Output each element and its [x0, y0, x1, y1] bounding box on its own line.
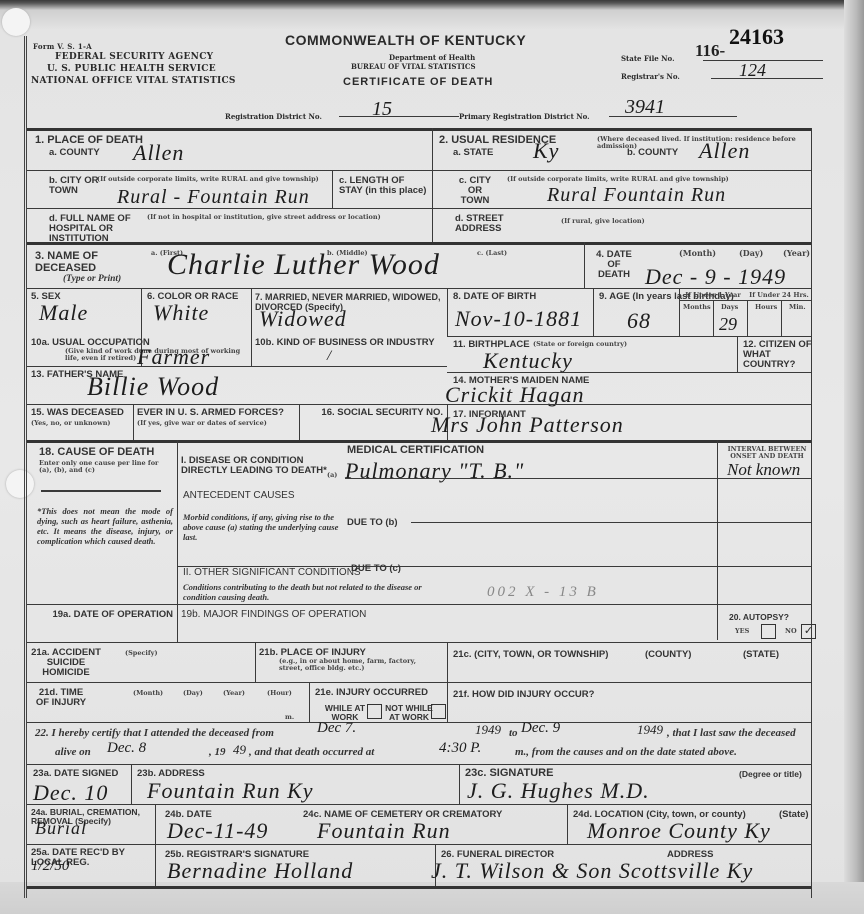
not-while-at-work-checkbox[interactable] [431, 704, 446, 719]
place-of-death-label: 1. PLACE OF DEATH [35, 134, 143, 146]
residence-city-note: (If outside corporate limits, write RURA… [507, 176, 807, 183]
injury-time-year: (Year) [223, 690, 245, 697]
interval-label: INTERVAL BETWEEN ONSET AND DEATH [725, 446, 809, 460]
certify-text-1: 22. I hereby certify that I attended the… [35, 728, 274, 738]
cause-of-death-note: Enter only one cause per line for (a), (… [39, 460, 171, 474]
citizen-label: 12. CITIZEN OF WHAT COUNTRY? [743, 340, 813, 370]
registration-district: 15 [372, 98, 392, 121]
registrar-signature: Bernadine Holland [167, 858, 353, 884]
certify-text-4: m., from the causes and on the date stat… [515, 747, 737, 757]
agency-line-2: U. S. PUBLIC HEALTH SERVICE [47, 64, 216, 74]
dob-label: 8. DATE OF BIRTH [453, 292, 536, 302]
interval: Not known [727, 460, 800, 480]
injury-how-label: 21f. HOW DID INJURY OCCUR? [453, 690, 594, 700]
alive-year-prefix: , 19 [209, 747, 226, 757]
primary-district-label: Primary Registration District No. [459, 112, 590, 121]
injury-state-label: (STATE) [743, 650, 779, 660]
birthplace: Kentucky [483, 348, 573, 374]
death-city-note: (If outside corporate limits, write RURA… [97, 176, 347, 183]
death-time: 4:30 P. [439, 740, 481, 757]
injury-city-label: 21c. (CITY, TOWN, OR TOWNSHIP) [453, 650, 608, 660]
other-conditions-note: Conditions contributing to the death but… [183, 582, 447, 602]
deceased-name-note: (Type or Print) [63, 274, 121, 284]
deceased-name: Charlie Luther Wood [167, 248, 440, 282]
physician-address: Fountain Run Ky [147, 778, 314, 804]
certify-text-2: , that I last saw the deceased [667, 728, 796, 738]
residence-county: Allen [699, 138, 750, 164]
burial-location: Monroe County Ky [587, 818, 771, 844]
attended-to: Dec. 9 [521, 720, 560, 737]
autopsy-no-label: NO [785, 628, 797, 635]
age-hours-label: Hours [755, 304, 777, 311]
ssn-label: 16. SOCIAL SECURITY NO. [303, 408, 443, 418]
autopsy-label: 20. AUTOPSY? [729, 612, 789, 622]
certify-text-3: , and that death occurred at [249, 747, 374, 757]
date-of-death-label: 4. DATE OF DEATH [591, 250, 637, 280]
business-label: 10b. KIND OF BUSINESS OR INDUSTRY [255, 338, 441, 348]
birthplace-note: (State or foreign country) [533, 341, 627, 348]
race: White [153, 300, 209, 326]
date-col-day: (Day) [739, 250, 763, 257]
deceased-name-label: 3. NAME OF DECEASED [35, 250, 145, 274]
cemetery: Fountain Run [317, 818, 451, 844]
date-col-year: (Year) [783, 250, 810, 257]
operation-findings-label: 19b. MAJOR FINDINGS OF OPERATION [181, 610, 366, 620]
last-name-label: c. (Last) [477, 250, 507, 257]
age-min-label: Min. [789, 304, 806, 311]
sex: Male [39, 300, 88, 326]
degree-label: (Degree or title) [739, 769, 802, 779]
death-county: Allen [133, 140, 184, 166]
residence-state-label: a. STATE [453, 148, 493, 158]
date-signed: Dec. 10 [33, 780, 108, 806]
injury-time-m: m. [285, 714, 294, 721]
other-conditions-label: II. OTHER SIGNIFICANT CONDITIONS [183, 568, 361, 578]
informant: Mrs John Patterson [431, 412, 624, 438]
age: 68 [627, 308, 651, 334]
autopsy-yes-label: YES [735, 628, 749, 635]
injury-county-label: (COUNTY) [645, 650, 691, 660]
length-of-stay-label: c. LENGTH OF STAY (in this place) [339, 176, 429, 196]
state-file-label: State File No. [621, 54, 675, 63]
date-of-death: Dec - 9 - 1949 [645, 264, 786, 290]
certificate-title: CERTIFICATE OF DEATH [343, 76, 493, 88]
marital: Widowed [259, 306, 347, 332]
armed-forces-note: (Yes, no, or unknown) [31, 420, 111, 427]
form-number: Form V. S. 1-A [33, 42, 92, 51]
bureau: BUREAU OF VITAL STATISTICS [351, 62, 476, 71]
injury-time-label: 21d. TIME OF INJURY [33, 688, 89, 708]
physician-signature: J. G. Hughes M.D. [467, 778, 650, 804]
death-certificate: Form V. S. 1-A FEDERAL SECURITY AGENCY U… [24, 36, 835, 898]
under-1-year-label: If Under 1 Year [683, 292, 743, 299]
hospital-note: (If not in hospital or institution, give… [147, 214, 427, 221]
armed-forces-label: 15. WAS DECEASED [31, 408, 124, 418]
agency-line-1: FEDERAL SECURITY AGENCY [55, 52, 213, 62]
page-title: COMMONWEALTH OF KENTUCKY [285, 32, 526, 48]
death-county-label: a. COUNTY [49, 148, 100, 158]
department: Department of Health [389, 53, 475, 62]
operation-date-label: 19a. DATE OF OPERATION [39, 610, 173, 620]
age-months-label: Months [683, 304, 711, 311]
date-col-month: (Month) [679, 250, 716, 257]
antecedent-note: Morbid conditions, if any, giving rise t… [183, 512, 343, 542]
hospital-label: d. FULL NAME OF HOSPITAL OR INSTITUTION [49, 214, 149, 244]
residence-city: Rural Fountain Run [547, 184, 726, 207]
injury-time-month: (Month) [133, 690, 163, 697]
date-signed-label: 23a. DATE SIGNED [33, 769, 118, 779]
rec-date: 1/2/50 [31, 858, 69, 875]
residence-city-label: c. CITY OR TOWN [455, 176, 495, 206]
burial-date: Dec-11-49 [167, 818, 268, 844]
year-from: 1949 [475, 722, 501, 738]
funeral-director: J. T. Wilson & Son Scottsville Ky [431, 858, 753, 884]
alive-on-label: alive on [55, 747, 91, 757]
autopsy-no-checkbox[interactable]: ✓ [801, 624, 816, 639]
to-word: to [509, 728, 518, 738]
alive-on: Dec. 8 [107, 740, 146, 757]
cause-of-death-label: 18. CAUSE OF DEATH [39, 446, 154, 458]
age-days: 29 [719, 314, 737, 335]
cause-footnote: *This does not mean the mode of dying, s… [37, 506, 173, 546]
registration-district-label: Registration District No. [225, 112, 322, 121]
cause-a: Pulmonary "T. B." [345, 458, 524, 484]
line-a-label: (a) [327, 472, 337, 479]
dob: Nov-10-1881 [455, 306, 582, 332]
death-city: Rural - Fountain Run [117, 186, 310, 209]
street-note: (If rural, give location) [561, 218, 645, 225]
street-label: d. STREET ADDRESS [455, 214, 515, 234]
state-file-prefix: 116- [695, 41, 725, 61]
state-file-number: 24163 [729, 24, 784, 50]
registrar-no-label: Registrar's No. [621, 72, 680, 81]
autopsy-yes-checkbox[interactable] [761, 624, 776, 639]
injury-time-day: (Day) [183, 690, 203, 697]
while-at-work-checkbox[interactable] [367, 704, 382, 719]
disease-label: I. DISEASE OR CONDITION DIRECTLY LEADING… [181, 456, 331, 476]
antecedent-label: ANTECEDENT CAUSES [183, 491, 295, 501]
father-name: Billie Wood [87, 372, 219, 402]
location-state-label: (State) [779, 810, 809, 820]
business: / [327, 348, 331, 365]
due-to-b-label: DUE TO (b) [347, 518, 398, 528]
occupation: Farmer [137, 344, 210, 370]
scan-edge [844, 0, 864, 914]
injury-place-note: (e.g., in or about home, farm, factory, … [279, 658, 439, 672]
punch-hole [2, 8, 30, 36]
residence-county-label: b. COUNTY [627, 148, 678, 158]
attended-from: Dec 7. [317, 720, 356, 737]
medical-certification-title: MEDICAL CERTIFICATION [347, 444, 484, 456]
under-24-hrs-label: If Under 24 Hrs. [747, 292, 811, 299]
age-days-label: Days [721, 304, 738, 311]
alive-year: 49 [233, 742, 246, 758]
injury-occurred-label: 21e. INJURY OCCURRED [315, 688, 428, 698]
year-to: 1949 [637, 722, 663, 738]
accident-label: 21a. ACCIDENT SUICIDE HOMICIDE [31, 648, 101, 678]
cause-code: 002 X - 13 B [487, 584, 599, 601]
armed-forces-note-2: (If yes, give war or dates of service) [137, 420, 267, 427]
agency-line-3: NATIONAL OFFICE VITAL STATISTICS [31, 76, 236, 86]
injury-time-hour: (Hour) [267, 690, 292, 697]
residence-state: Ky [533, 138, 559, 164]
accident-note: (Specify) [125, 650, 158, 657]
burial: Burial [35, 818, 87, 839]
not-while-at-work-label: NOT WHILE AT WORK [381, 704, 437, 722]
armed-forces-label-2: EVER IN U. S. ARMED FORCES? [137, 408, 284, 418]
